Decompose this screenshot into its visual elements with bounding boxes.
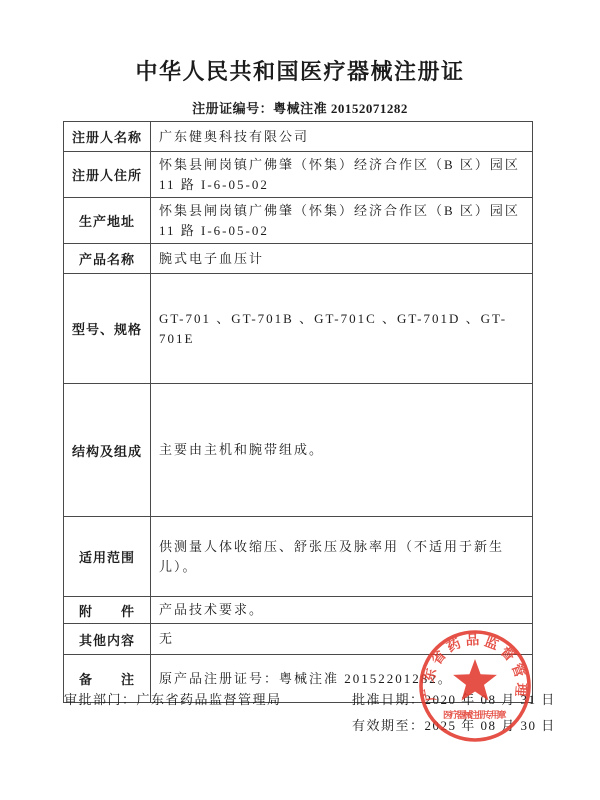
- table-row: 注册人名称 广东健奥科技有限公司: [64, 122, 533, 152]
- approval-date: 批准日期：2020 年 08 月 31 日: [352, 689, 556, 708]
- table-row: 产品名称 腕式电子血压计: [64, 244, 533, 274]
- row-label: 结构及组成: [64, 384, 151, 517]
- table-row: 附 件 产品技术要求。: [64, 597, 533, 624]
- row-label: 型号、规格: [64, 274, 151, 384]
- page-title: 中华人民共和国医疗器械注册证: [0, 55, 600, 86]
- row-label: 其他内容: [64, 624, 151, 655]
- table-row: 结构及组成 主要由主机和腕带组成。: [64, 384, 533, 517]
- table-row: 其他内容 无: [64, 624, 533, 655]
- certificate-table: 注册人名称 广东健奥科技有限公司 注册人住所 怀集县闸岗镇广佛肇（怀集）经济合作…: [63, 121, 533, 703]
- row-label: 附 件: [64, 597, 151, 624]
- row-value: GT-701 、GT-701B 、GT-701C 、GT-701D 、GT-70…: [151, 274, 533, 384]
- registration-number-line: 注册证编号：粤械注准 20152071282: [0, 98, 600, 117]
- row-label: 生产地址: [64, 198, 151, 244]
- row-value: 腕式电子血压计: [151, 244, 533, 274]
- row-value: 广东健奥科技有限公司: [151, 122, 533, 152]
- row-value: 主要由主机和腕带组成。: [151, 384, 533, 517]
- table-row: 适用范围 供测量人体收缩压、舒张压及脉率用（不适用于新生儿）。: [64, 517, 533, 597]
- row-value: 产品技术要求。: [151, 597, 533, 624]
- row-value: 怀集县闸岗镇广佛肇（怀集）经济合作区（B 区）园区 11 路 I-6-05-02: [151, 152, 533, 198]
- row-label: 产品名称: [64, 244, 151, 274]
- table-row: 注册人住所 怀集县闸岗镇广佛肇（怀集）经济合作区（B 区）园区 11 路 I-6…: [64, 152, 533, 198]
- row-value: 供测量人体收缩压、舒张压及脉率用（不适用于新生儿）。: [151, 517, 533, 597]
- row-label: 注册人住所: [64, 152, 151, 198]
- approval-department: 审批部门：广东省药品监督管理局: [64, 689, 282, 708]
- table-row: 生产地址 怀集县闸岗镇广佛肇（怀集）经济合作区（B 区）园区 11 路 I-6-…: [64, 198, 533, 244]
- row-value: 怀集县闸岗镇广佛肇（怀集）经济合作区（B 区）园区 11 路 I-6-05-02: [151, 198, 533, 244]
- row-label: 注册人名称: [64, 122, 151, 152]
- valid-until-date: 有效期至：2025 年 08 月 30 日: [352, 715, 556, 734]
- row-label: 适用范围: [64, 517, 151, 597]
- certificate-page: 中华人民共和国医疗器械注册证 注册证编号：粤械注准 20152071282 注册…: [0, 0, 600, 800]
- table-row: 型号、规格 GT-701 、GT-701B 、GT-701C 、GT-701D …: [64, 274, 533, 384]
- row-value: 无: [151, 624, 533, 655]
